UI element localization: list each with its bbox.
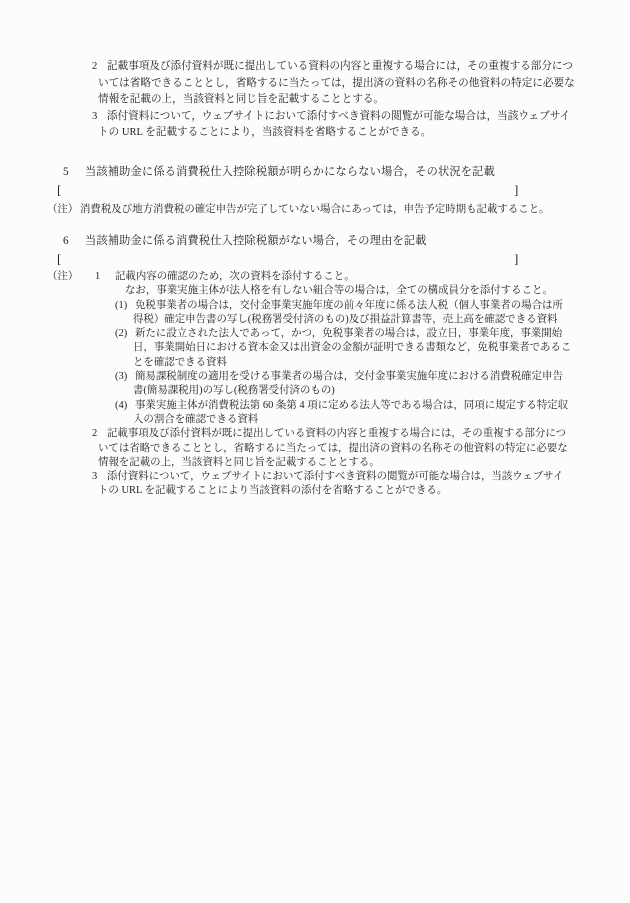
- note-item-2-continuation: いては省略できることとし，省略するに当たっては，提出済の資料の名称その他資料の特…: [0, 442, 630, 456]
- list-marker: 2: [92, 59, 107, 76]
- line-text: 事業実施主体が消費税法第 60 条第 4 項に定める法人等である場合は，同項に規…: [135, 400, 568, 411]
- line-text: 得税）確定申告書の写し(税務署受付済のもの)及び損益計算書等，売上高を確認できる…: [133, 314, 557, 325]
- line-text: 情報を記載の上，当該資料と同じ旨を記載することとする。: [98, 457, 380, 468]
- line-text: なお，事業実施主体が法人格を有しない組合等の場合は，全ての構成員分を添付すること…: [125, 285, 553, 296]
- section-5: 5当該補助金に係る消費税仕入控除税額が明らかにならない場合，その状況を記載[]（…: [0, 163, 630, 219]
- attachment-item-4-continuation: 入の割合を確認できる資料: [0, 413, 630, 427]
- section-6: 6当該補助金に係る消費税仕入控除税額がない場合，その理由を記載[]: [0, 232, 630, 269]
- line-text: 記載内容の確認のため，次の資料を添付すること。: [115, 271, 355, 282]
- line-text: 当該補助金に係る消費税仕入控除税額が明らかにならない場合，その状況を記載: [85, 166, 495, 178]
- bracket-open-icon: [: [57, 182, 61, 198]
- note-item-2: 2記載事項及び添付資料が既に提出している資料の内容と重複する場合には，その重複す…: [0, 427, 630, 441]
- list-marker: (4): [115, 399, 135, 413]
- attachment-item-2-continuation: とを確認できる資料: [0, 356, 630, 370]
- line-text: 免税事業者の場合は，交付金事業実施年度の前々年度に係る法人税（個人事業者の場合は…: [135, 300, 563, 311]
- attachment-item-1-continuation: 得税）確定申告書の写し(税務署受付済のもの)及び損益計算書等，売上高を確認できる…: [0, 313, 630, 327]
- line-text: 書(簡易課税用)の写し(税務署受付済のもの): [133, 385, 335, 396]
- fill-in-field: []: [0, 250, 630, 269]
- bracket-close-icon: ]: [514, 182, 518, 198]
- attachment-item-2: (2)新たに設立された法人であって，かつ，免税事業者の場合は，設立日，事業年度，…: [0, 327, 630, 341]
- note-item-2-continuation: いては省略できることとし，省略するに当たっては，提出済の資料の名称その他資料の特…: [0, 76, 630, 93]
- line-text: 記載事項及び添付資料が既に提出している資料の内容と重複する場合には，その重複する…: [107, 428, 566, 439]
- list-marker: 6: [63, 232, 85, 250]
- note-item-3-continuation: トの URL を記載することにより，当該資料を省略することができる。: [0, 125, 630, 142]
- line-text: いては省略できることとし，省略するに当たっては，提出済の資料の名称その他資料の特…: [98, 78, 575, 89]
- line-text: 記載事項及び添付資料が既に提出している資料の内容と重複する場合には，その重複する…: [107, 61, 573, 72]
- line-text: いては省略できることとし，省略するに当たっては，提出済の資料の名称その他資料の特…: [98, 443, 568, 454]
- note-item-3: 3添付資料について，ウェブサイトにおいて添付すべき資料の閲覧が可能な場合は，当該…: [0, 470, 630, 484]
- list-marker: 5: [63, 163, 85, 181]
- line-text: 消費税及び地方消費税の確定申告が完了していない場合にあっては，申告予定時期も記載…: [80, 204, 550, 215]
- attachment-item-1: (1)免税事業者の場合は，交付金事業実施年度の前々年度に係る法人税（個人事業者の…: [0, 299, 630, 313]
- list-marker: （注）: [47, 200, 80, 219]
- list-marker: (2): [115, 327, 135, 341]
- line-text: トの URL を記載することにより，当該資料を省略することができる。: [98, 127, 431, 138]
- attachment-item-4: (4)事業実施主体が消費税法第 60 条第 4 項に定める法人等である場合は，同…: [0, 399, 630, 413]
- attachment-item-2-continuation: 日，事業開始日における資本金又は出資金の金額が証明できる書類など，免税事業者であ…: [0, 341, 630, 355]
- line-text: 当該補助金に係る消費税仕入控除税額がない場合，その理由を記載: [85, 235, 427, 247]
- document-content: 2記載事項及び添付資料が既に提出している資料の内容と重複する場合には，その重複す…: [0, 59, 630, 499]
- note-item-1-supplement: なお，事業実施主体が法人格を有しない組合等の場合は，全ての構成員分を添付すること…: [0, 284, 630, 298]
- note-item-2: 2記載事項及び添付資料が既に提出している資料の内容と重複する場合には，その重複す…: [0, 59, 630, 76]
- section-5-note: （注）消費税及び地方消費税の確定申告が完了していない場合にあっては，申告予定時期…: [0, 200, 630, 219]
- attachment-item-3-continuation: 書(簡易課税用)の写し(税務署受付済のもの): [0, 384, 630, 398]
- line-text: 入の割合を確認できる資料: [133, 414, 258, 425]
- fill-in-field: []: [0, 181, 630, 200]
- section-6-heading: 6当該補助金に係る消費税仕入控除税額がない場合，その理由を記載: [0, 232, 630, 250]
- section-5-heading: 5当該補助金に係る消費税仕入控除税額が明らかにならない場合，その状況を記載: [0, 163, 630, 181]
- carryover-notes: 2記載事項及び添付資料が既に提出している資料の内容と重複する場合には，その重複す…: [0, 59, 630, 142]
- note-item-3-continuation: トの URL を記載することにより当該資料の添付を省略することができる。: [0, 484, 630, 498]
- list-marker: (1): [115, 299, 135, 313]
- note-item-2-continuation: 情報を記載の上，当該資料と同じ旨を記載することとする。: [0, 456, 630, 470]
- bracket-close-icon: ]: [514, 251, 518, 267]
- section-6-notes: （注）1記載内容の確認のため，次の資料を添付すること。なお，事業実施主体が法人格…: [0, 270, 630, 499]
- line-text: とを確認できる資料: [133, 357, 227, 368]
- line-text: トの URL を記載することにより当該資料の添付を省略することができる。: [98, 485, 447, 496]
- line-text: 日，事業開始日における資本金又は出資金の金額が証明できる書類など，免税事業者であ…: [133, 342, 571, 353]
- line-text: 添付資料について，ウェブサイトにおいて添付すべき資料の閲覧が可能な場合は，当該ウ…: [107, 111, 570, 122]
- list-marker: 3: [92, 470, 107, 484]
- note-item-3: 3添付資料について，ウェブサイトにおいて添付すべき資料の閲覧が可能な場合は，当該…: [0, 109, 630, 126]
- line-text: 簡易課税制度の適用を受ける事業者の場合は，交付金事業実施年度における消費税確定申…: [135, 371, 563, 382]
- document-page: 2記載事項及び添付資料が既に提出している資料の内容と重複する場合には，その重複す…: [0, 0, 630, 903]
- list-marker: （注）: [47, 270, 95, 284]
- attachment-item-3: (3)簡易課税制度の適用を受ける事業者の場合は，交付金事業実施年度における消費税…: [0, 370, 630, 384]
- note-item-2-continuation: 情報を記載の上，当該資料と同じ旨を記載することとする。: [0, 92, 630, 109]
- list-submarker: 1: [95, 270, 115, 284]
- list-marker: 2: [92, 427, 107, 441]
- list-marker: 3: [92, 109, 107, 126]
- line-text: 新たに設立された法人であって，かつ，免税事業者の場合は，設立日，事業年度，事業開…: [135, 328, 562, 339]
- note-item-1: （注）1記載内容の確認のため，次の資料を添付すること。: [0, 270, 630, 284]
- line-text: 情報を記載の上，当該資料と同じ旨を記載することとする。: [98, 94, 384, 105]
- list-marker: (3): [115, 370, 135, 384]
- bracket-open-icon: [: [57, 251, 61, 267]
- line-text: 添付資料について，ウェブサイトにおいて添付すべき資料の閲覧が可能な場合は，当該ウ…: [107, 471, 563, 482]
